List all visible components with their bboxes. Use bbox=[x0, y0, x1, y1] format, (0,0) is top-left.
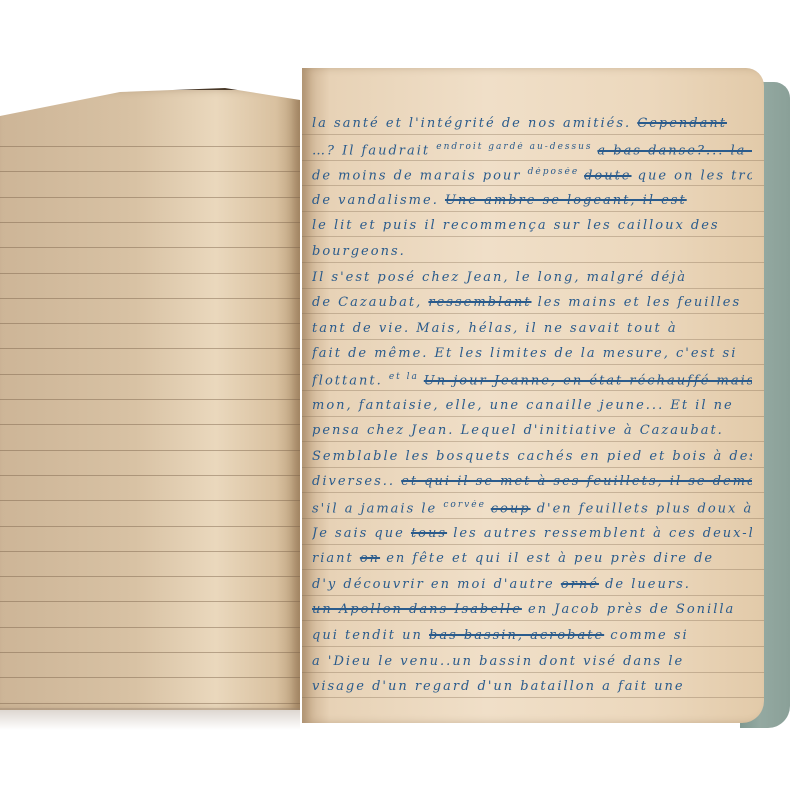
line-text: de vandalisme. bbox=[312, 193, 445, 208]
insertion-text: endroit gardé au-dessus bbox=[436, 142, 597, 152]
struck-text: tous bbox=[411, 526, 447, 541]
ruled-line bbox=[0, 247, 300, 248]
ruled-line bbox=[0, 576, 300, 577]
ruled-line bbox=[0, 627, 300, 628]
line-tail-text: que on les trouvait bbox=[638, 169, 752, 184]
line-text: mon, fantaisie, elle, une canaille jeune… bbox=[312, 398, 734, 413]
line-text: s'il a jamais le bbox=[312, 501, 443, 516]
ruled-line bbox=[0, 424, 300, 425]
page-shadow bbox=[0, 708, 300, 730]
handwritten-line: bourgeons. bbox=[312, 244, 752, 269]
handwritten-line: le lit et puis il recommença sur les cai… bbox=[312, 218, 752, 243]
ruled-line bbox=[0, 652, 300, 653]
handwritten-line: Il s'est posé chez Jean, le long, malgré… bbox=[312, 270, 752, 295]
line-text: flottant. bbox=[312, 373, 389, 388]
line-text: de moins de marais pour bbox=[312, 169, 528, 184]
line-tail-text: en fête et qui il est à peu près dire de bbox=[386, 551, 714, 566]
handwritten-line: s'il a jamais le corvée coup d'en feuill… bbox=[312, 500, 752, 525]
ruled-line bbox=[0, 500, 300, 501]
struck-text: coup bbox=[491, 501, 531, 516]
handwritten-line: de Cazaubat, ressemblant les mains et le… bbox=[312, 295, 752, 320]
handwritten-line: …? Il faudrait endroit gardé au-dessus a… bbox=[312, 142, 752, 167]
line-tail-text: de lueurs. bbox=[605, 577, 691, 592]
struck-text: Un jour Jeanne, en état réchauffé mais bbox=[424, 373, 752, 388]
line-text: tant de vie. Mais, hélas, il ne savait t… bbox=[312, 321, 678, 336]
struck-text: a bas danse?... la vérité bbox=[597, 143, 752, 158]
handwritten-line: riant on en fête et qui il est à peu prè… bbox=[312, 551, 752, 576]
line-text: a 'Dieu le venu..un bassin dont visé dan… bbox=[312, 654, 684, 669]
ruled-line bbox=[0, 677, 300, 678]
line-text: d'y découvrir en moi d'autre bbox=[312, 577, 561, 592]
line-text: qui tendit un bbox=[312, 628, 429, 643]
ruled-line bbox=[0, 551, 300, 552]
ruled-line bbox=[0, 526, 300, 527]
ruled-line bbox=[0, 298, 300, 299]
ruled-line bbox=[0, 222, 300, 223]
handwritten-line: mon, fantaisie, elle, une canaille jeune… bbox=[312, 398, 752, 423]
ruled-line bbox=[0, 146, 300, 147]
line-tail-text: comme si bbox=[610, 628, 688, 643]
handwritten-line: un Apollon dans Isabelle en Jacob près d… bbox=[312, 602, 752, 627]
line-text: Il s'est posé chez Jean, le long, malgré… bbox=[312, 270, 687, 285]
handwritten-line: Je sais que tous les autres ressemblent … bbox=[312, 526, 752, 551]
line-text: Je sais que bbox=[312, 526, 411, 541]
line-text: fait de même. Et les limites de la mesur… bbox=[312, 346, 737, 361]
struck-text: bas bassin, acrobate bbox=[429, 628, 604, 643]
line-text: de Cazaubat, bbox=[312, 295, 428, 310]
handwritten-line: visage d'un regard d'un bataillon a fait… bbox=[312, 679, 752, 704]
handwritten-line: pensa chez Jean. Lequel d'initiative à C… bbox=[312, 423, 752, 448]
line-text: riant bbox=[312, 551, 360, 566]
line-text: la santé et l'intégrité de nos amitiés. bbox=[312, 116, 637, 131]
ruled-line bbox=[0, 171, 300, 172]
struck-text: Une ambre se logeant, il est bbox=[445, 193, 687, 208]
ruled-line bbox=[0, 273, 300, 274]
struck-text: ressemblant bbox=[428, 295, 531, 310]
line-text: …? Il faudrait bbox=[312, 143, 436, 158]
handwritten-line: la santé et l'intégrité de nos amitiés. … bbox=[312, 116, 752, 141]
struck-text: et qui il se met à ses feuillets, il se … bbox=[401, 474, 752, 489]
line-text: pensa chez Jean. Lequel d'initiative à C… bbox=[312, 423, 724, 438]
line-tail-text: d'en feuillets plus doux à dire. bbox=[537, 501, 752, 516]
notebook-photo: la santé et l'intégrité de nos amitiés. … bbox=[0, 0, 800, 800]
ruled-line bbox=[0, 323, 300, 324]
line-tail-text: les autres ressemblent à ces deux-là: en bbox=[453, 526, 752, 541]
handwritten-line: de vandalisme. Une ambre se logeant, il … bbox=[312, 193, 752, 218]
handwritten-line: de moins de marais pour déposée doute qu… bbox=[312, 167, 752, 192]
line-text: bourgeons. bbox=[312, 244, 406, 259]
line-tail-text: en Jacob près de Sonilla bbox=[528, 602, 735, 617]
line-text: Semblable les bosquets cachés en pied et… bbox=[312, 449, 752, 464]
ruled-line bbox=[0, 450, 300, 451]
left-page-blank bbox=[0, 88, 300, 710]
ruled-line bbox=[0, 601, 300, 602]
ruled-line bbox=[0, 475, 300, 476]
handwritten-line: qui tendit un bas bassin, acrobate comme… bbox=[312, 628, 752, 653]
insertion-text: et la bbox=[389, 372, 424, 382]
handwritten-line: tant de vie. Mais, hélas, il ne savait t… bbox=[312, 321, 752, 346]
line-text: visage d'un regard d'un bataillon a fait… bbox=[312, 679, 685, 694]
line-text: le lit et puis il recommença sur les cai… bbox=[312, 218, 720, 233]
line-tail-text: les mains et les feuilles bbox=[538, 295, 742, 310]
right-page-handwritten: la santé et l'intégrité de nos amitiés. … bbox=[302, 68, 764, 723]
struck-text: un Apollon dans Isabelle bbox=[312, 602, 522, 617]
insertion-text: corvée bbox=[443, 500, 490, 510]
handwritten-line: a 'Dieu le venu..un bassin dont visé dan… bbox=[312, 654, 752, 679]
handwritten-line: fait de même. Et les limites de la mesur… bbox=[312, 346, 752, 371]
struck-text: Cependant bbox=[637, 116, 727, 131]
handwritten-line: d'y découvrir en moi d'autre orné de lue… bbox=[312, 577, 752, 602]
ruled-line bbox=[0, 703, 300, 704]
struck-text: on bbox=[360, 551, 380, 566]
ruled-line bbox=[0, 197, 300, 198]
handwritten-line: Semblable les bosquets cachés en pied et… bbox=[312, 449, 752, 474]
ruled-line bbox=[0, 348, 300, 349]
struck-text: orné bbox=[561, 577, 599, 592]
line-text: diverses.. bbox=[312, 474, 401, 489]
struck-text: doute bbox=[584, 169, 631, 184]
ruled-line bbox=[0, 399, 300, 400]
insertion-text: déposée bbox=[528, 167, 584, 177]
handwritten-line: diverses.. et qui il se met à ses feuill… bbox=[312, 474, 752, 499]
ruled-line bbox=[0, 374, 300, 375]
handwritten-line: flottant. et la Un jour Jeanne, en état … bbox=[312, 372, 752, 397]
